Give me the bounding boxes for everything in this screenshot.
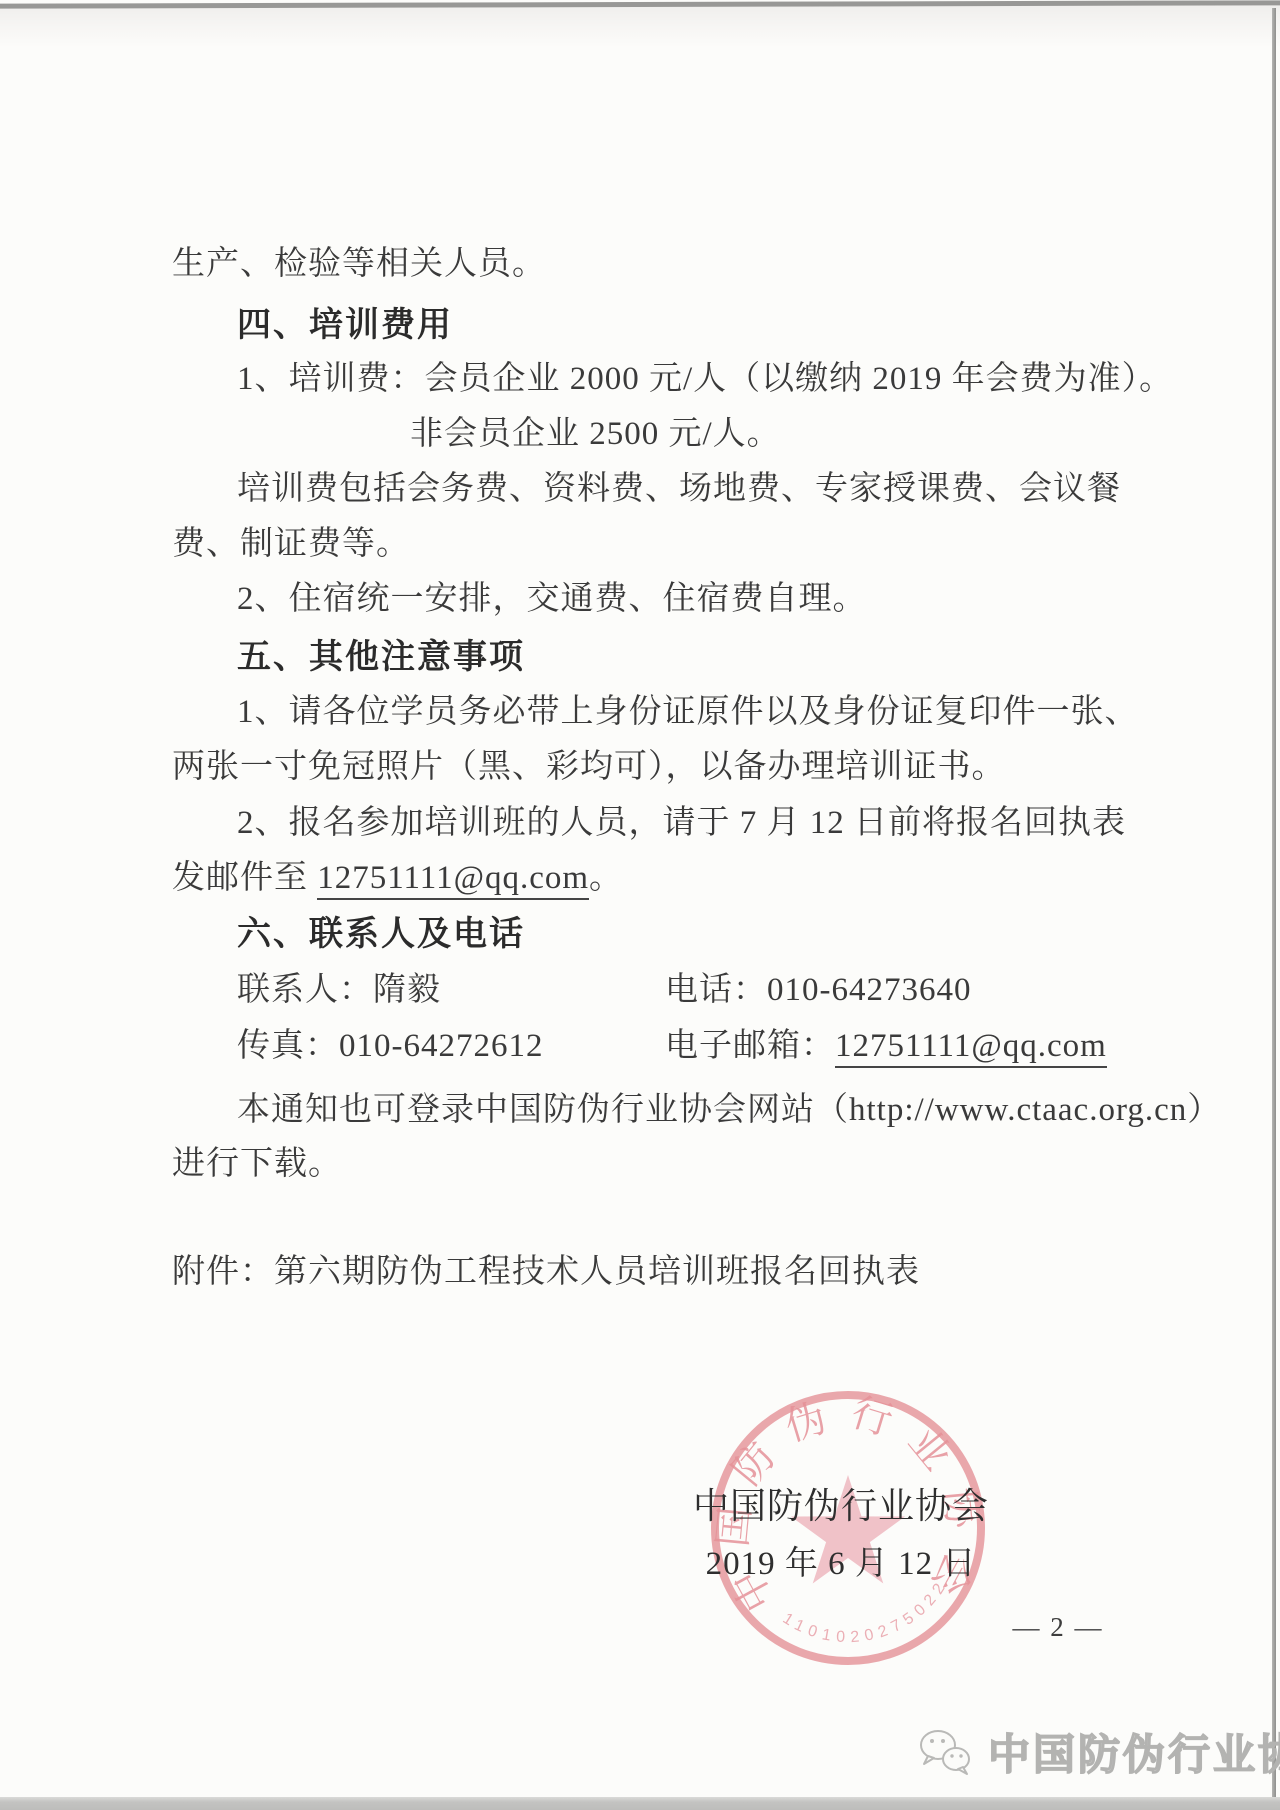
contact-email-label: 电子邮箱： [665, 1028, 835, 1064]
website-line2: 进行下载。 [172, 1143, 342, 1185]
contact-row-1: 联系人：隋毅 电话：010-64273640 [237, 969, 1137, 1011]
footer-watermark-text: 中国防伪行业协会 [988, 1722, 1280, 1782]
note1-line2: 两张一寸免冠照片（黑、彩均可），以备办理培训证书。 [172, 746, 1006, 788]
fee-item1-line1: 1、培训费：会员企业 2000 元/人（以缴纳 2019 年会费为准）。 [237, 358, 1173, 400]
footer-watermark: 中国防伪行业协会 [916, 1722, 1280, 1782]
note2-line2: 发邮件至 12751111@qq.com。 [172, 857, 623, 899]
contact-phone: 电话：010-64273640 [665, 969, 972, 1011]
contact-person: 联系人：隋毅 [237, 972, 441, 1008]
fee-includes-line1: 培训费包括会务费、资料费、场地费、专家授课费、会议餐 [237, 468, 1121, 510]
document-page: 生产、检验等相关人员。 四、培训费用 1、培训费：会员企业 2000 元/人（以… [0, 0, 1280, 1810]
contact-email-group: 电子邮箱：12751111@qq.com [665, 1025, 1107, 1067]
signature-organization: 中国防伪行业协会 [690, 1478, 992, 1529]
contact-email-address: 12751111@qq.com [835, 1028, 1107, 1068]
paragraph-continuation: 生产、检验等相关人员。 [172, 243, 546, 285]
section6-heading: 六、联系人及电话 [237, 913, 525, 955]
website-line1: 本通知也可登录中国防伪行业协会网站（http://www.ctaac.org.c… [237, 1089, 1221, 1131]
note2-line2-prefix: 发邮件至 [172, 860, 317, 896]
contact-row-2: 传真：010-64272612 电子邮箱：12751111@qq.com [237, 1025, 1137, 1067]
contact-fax: 传真：010-64272612 [237, 1028, 544, 1064]
wechat-icon [916, 1726, 974, 1778]
section4-heading: 四、培训费用 [237, 304, 453, 346]
scan-right-edge-line [1272, 8, 1276, 1810]
fee-item2: 2、住宿统一安排，交通费、住宿费自理。 [237, 578, 867, 620]
fee-includes-line2: 费、制证费等。 [172, 523, 410, 565]
signature-date: 2019 年 6 月 12 日 [690, 1537, 992, 1584]
attachment-line: 附件：第六期防伪工程技术人员培训班报名回执表 [172, 1251, 920, 1293]
page-number: — 2 — [998, 1612, 1118, 1643]
fee-item1-line2: 非会员企业 2500 元/人。 [410, 413, 781, 455]
scan-bottom-edge-band [0, 1797, 1280, 1810]
note2-line1: 2、报名参加培训班的人员，请于 7 月 12 日前将报名回执表 [237, 802, 1126, 844]
reply-email-address: 12751111@qq.com [317, 860, 589, 900]
note1-line1: 1、请各位学员务必带上身份证原件以及身份证复印件一张、 [237, 691, 1139, 733]
section5-heading: 五、其他注意事项 [237, 636, 525, 678]
scan-top-edge-band [0, 4, 1280, 48]
note2-line2-suffix: 。 [589, 860, 623, 896]
